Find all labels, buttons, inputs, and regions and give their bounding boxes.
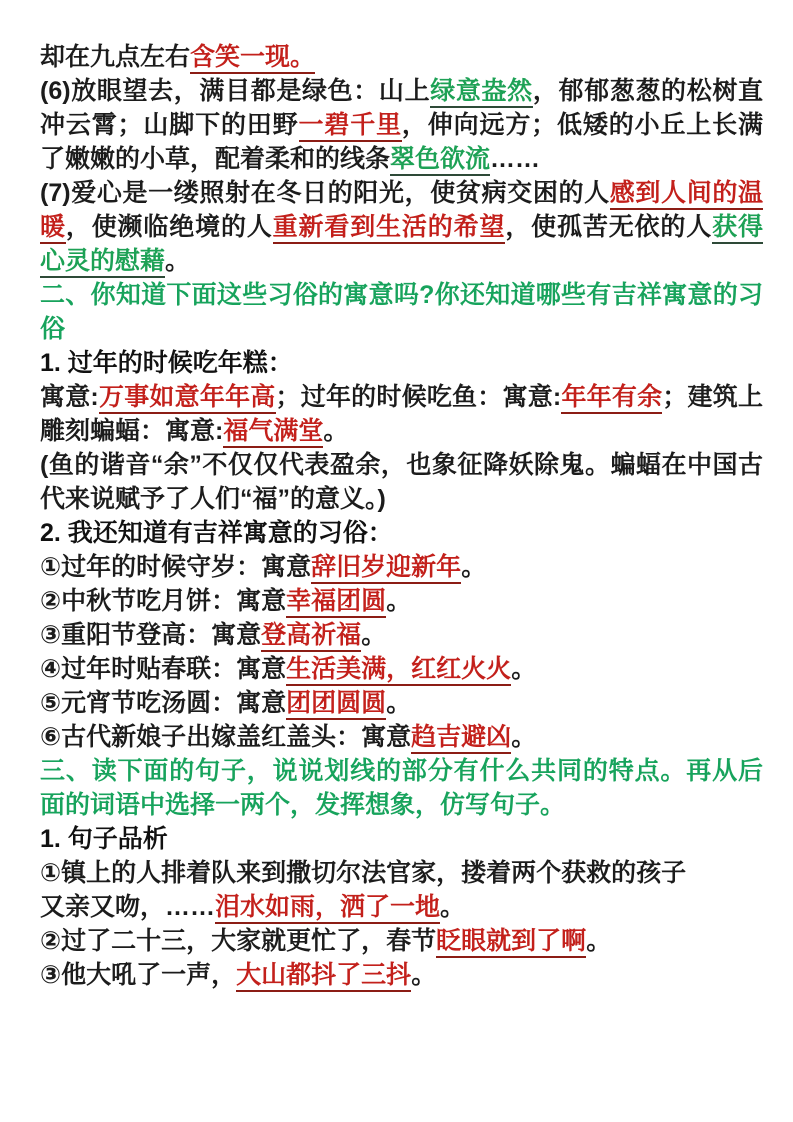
section-heading-2: 二、你知道下面这些习俗的寓意吗?你还知道哪些有吉祥寓意的习俗 xyxy=(40,278,763,346)
text-segment: (鱼的谐音“余”不仅仅代表盈余，也象征降妖除鬼。蝙蝠在中国古代来说赋予了人们“福… xyxy=(40,451,763,513)
text-segment: 。 xyxy=(361,621,386,649)
custom-item-1: ①过年的时候守岁：寓意辞旧岁迎新年。 xyxy=(40,550,763,584)
text-segment: ，使孤苦无依的人 xyxy=(505,213,712,241)
text-segment: (7)爱心是一缕照射在冬日的阳光，使贫病交困的人 xyxy=(40,179,610,207)
text-segment: 。 xyxy=(386,689,411,717)
text-segment: ，使濒临绝境的人 xyxy=(66,213,273,241)
subheading-2-xisu: 2. 我还知道有吉祥寓意的习俗： xyxy=(40,516,763,550)
paragraph-6: (6)放眼望去，满目都是绿色：山上绿意盎然，郁郁葱葱的松树直冲云霄；山脚下的田野… xyxy=(40,74,763,176)
text-segment: 。 xyxy=(461,553,486,581)
answer-red: 年年有余 xyxy=(561,383,662,414)
answer-red: 眨眼就到了啊 xyxy=(436,927,586,958)
text-segment: 。 xyxy=(586,927,611,955)
text-segment: (6)放眼望去，满目都是绿色：山上 xyxy=(40,77,430,105)
sentence-2: ②过了二十三，大家就更忙了，春节眨眼就到了啊。 xyxy=(40,924,763,958)
text-segment: ①过年的时候守岁：寓意 xyxy=(40,553,311,581)
text-segment: 。 xyxy=(386,587,411,615)
text-segment: 2. 我还知道有吉祥寓意的习俗： xyxy=(40,519,393,547)
section-heading-3: 三、读下面的句子，说说划线的部分有什么共同的特点。再从后面的词语中选择一两个，发… xyxy=(40,754,763,822)
text-segment: ④过年时贴春联：寓意 xyxy=(40,655,286,683)
text-segment: 。 xyxy=(511,723,536,751)
answer-red: 万事如意年年高 xyxy=(99,383,276,414)
paragraph-yuyi-answers: 寓意:万事如意年年高；过年的时候吃鱼：寓意:年年有余；建筑上雕刻蝙蝠：寓意:福气… xyxy=(40,380,763,448)
answer-red: 幸福团圆 xyxy=(286,587,386,618)
text-segment: …… xyxy=(490,145,540,173)
answer-red: 泪水如雨，洒了一地 xyxy=(215,893,440,924)
text-segment: 1. 句子品析 xyxy=(40,825,168,853)
custom-item-2: ②中秋节吃月饼：寓意幸福团圆。 xyxy=(40,584,763,618)
text-segment: 寓意: xyxy=(40,383,99,411)
sentence-3: ③他大吼了一声，大山都抖了三抖。 xyxy=(40,958,763,992)
subheading-juzi-pinxi: 1. 句子品析 xyxy=(40,822,763,856)
answer-red: 辞旧岁迎新年 xyxy=(311,553,461,584)
custom-item-5: ⑤元宵节吃汤圆：寓意团团圆圆。 xyxy=(40,686,763,720)
answer-red: 福气满堂 xyxy=(223,417,323,448)
text-segment: ③重阳节登高：寓意 xyxy=(40,621,261,649)
heading-text: 三、读下面的句子，说说划线的部分有什么共同的特点。再从后面的词语中选择一两个，发… xyxy=(40,757,763,819)
text-segment: 。 xyxy=(511,655,536,683)
answer-green: 翠色欲流 xyxy=(390,145,490,176)
text-segment: ；过年的时候吃鱼：寓意: xyxy=(276,383,562,411)
answer-red: 登高祈福 xyxy=(261,621,361,652)
text-segment: ⑤元宵节吃汤圆：寓意 xyxy=(40,689,286,717)
answer-red: 重新看到生活的希望 xyxy=(273,213,506,244)
text-segment: 。 xyxy=(165,247,190,275)
answer-red: 大山都抖了三抖 xyxy=(236,961,411,992)
answer-green: 绿意盎然 xyxy=(430,77,533,108)
paragraph-continuation: 却在九点左右含笑一现。 xyxy=(40,40,763,74)
text-segment: 。 xyxy=(323,417,348,445)
text-segment: 却在九点左右 xyxy=(40,43,190,71)
worksheet-page: 却在九点左右含笑一现。(6)放眼望去，满目都是绿色：山上绿意盎然，郁郁葱葱的松树… xyxy=(0,0,793,992)
text-segment: 。 xyxy=(411,961,436,989)
text-segment: ⑥古代新娘子出嫁盖红盖头：寓意 xyxy=(40,723,411,751)
subheading-1-nianggao: 1. 过年的时候吃年糕： xyxy=(40,346,763,380)
heading-text: 二、你知道下面这些习俗的寓意吗?你还知道哪些有吉祥寓意的习俗 xyxy=(40,281,763,343)
custom-item-3: ③重阳节登高：寓意登高祈福。 xyxy=(40,618,763,652)
paragraph-7: (7)爱心是一缕照射在冬日的阳光，使贫病交困的人感到人间的温暖，使濒临绝境的人重… xyxy=(40,176,763,278)
text-segment: 1. 过年的时候吃年糕： xyxy=(40,349,293,377)
text-segment: ②中秋节吃月饼：寓意 xyxy=(40,587,286,615)
text-segment: ②过了二十三，大家就更忙了，春节 xyxy=(40,927,436,955)
answer-red: 生活美满，红红火火 xyxy=(286,655,511,686)
answer-red: 团团圆圆 xyxy=(286,689,386,720)
answer-red: 一碧千里 xyxy=(299,111,402,142)
paragraph-note: (鱼的谐音“余”不仅仅代表盈余，也象征降妖除鬼。蝙蝠在中国古代来说赋予了人们“福… xyxy=(40,448,763,516)
text-segment: 。 xyxy=(440,893,465,921)
answer-red: 趋吉避凶 xyxy=(411,723,511,754)
text-segment: ③他大吼了一声， xyxy=(40,961,236,989)
custom-item-4: ④过年时贴春联：寓意生活美满，红红火火。 xyxy=(40,652,763,686)
custom-item-6: ⑥古代新娘子出嫁盖红盖头：寓意趋吉避凶。 xyxy=(40,720,763,754)
answer-red: 含笑一现。 xyxy=(190,43,315,74)
sentence-1: ①镇上的人排着队来到撒切尔法官家，搂着两个获救的孩子 又亲又吻，……泪水如雨，洒… xyxy=(40,856,763,924)
